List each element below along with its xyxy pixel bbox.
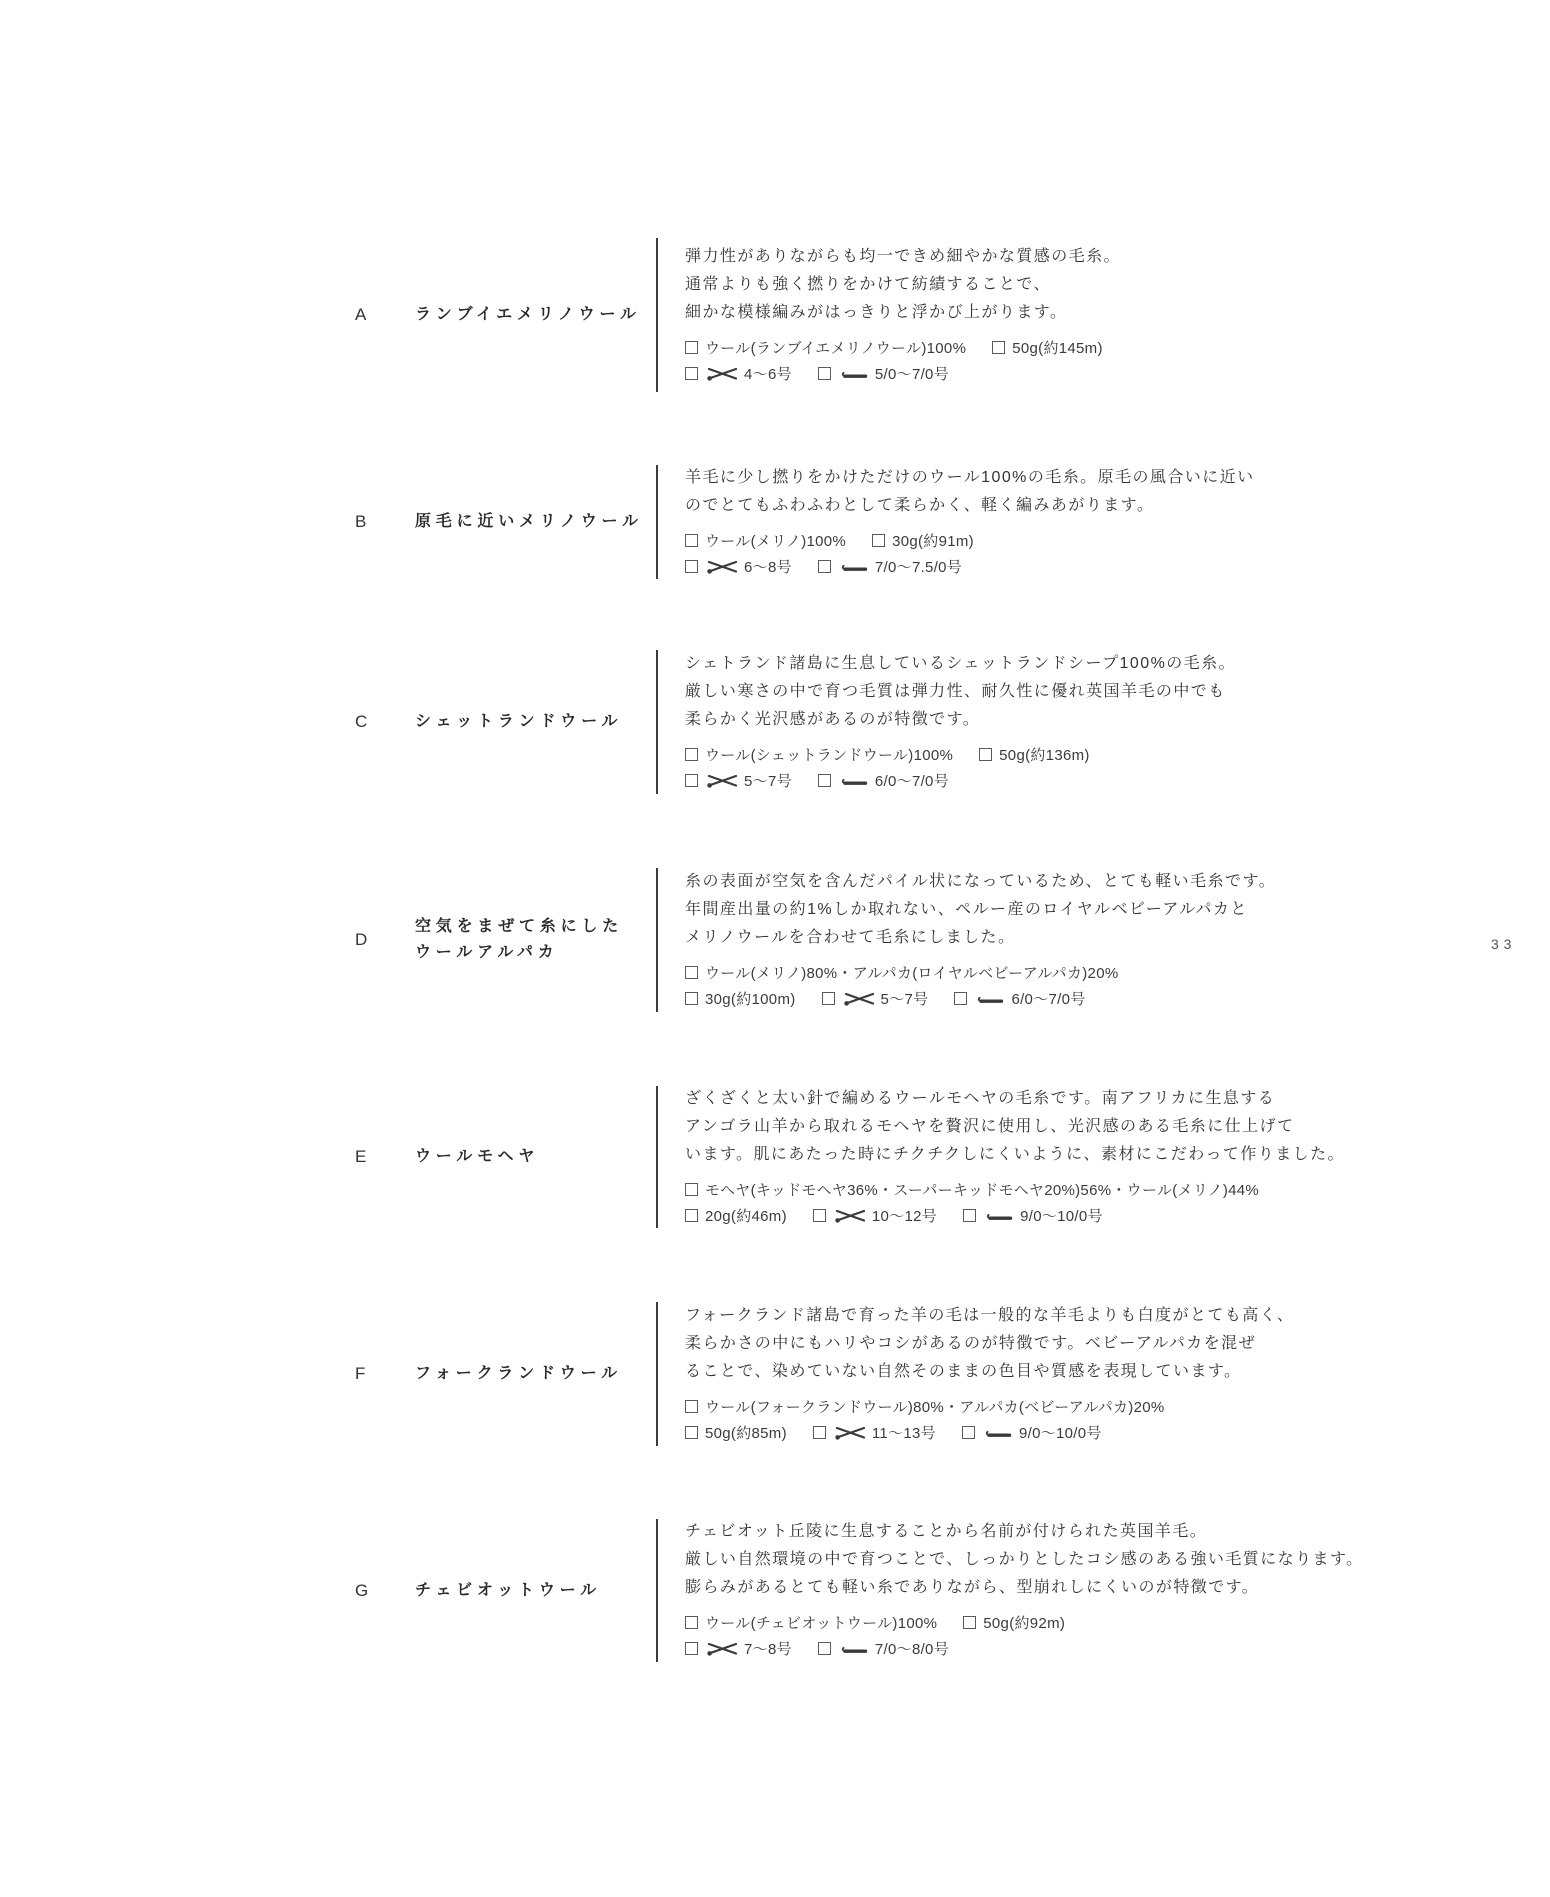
- description-line: メリノウールを合わせて毛糸にしました。: [685, 924, 1510, 952]
- spec-text: 7〜8号: [744, 1641, 792, 1658]
- description-line: 厳しい寒さの中で育つ毛質は弾力性、耐久性に優れ英国羊毛の中でも: [685, 678, 1510, 706]
- section-specs: ウール(フォークランドウール)80%・アルパカ(ベビーアルパカ)20%50g(約…: [685, 1395, 1510, 1447]
- section-description: 糸の表面が空気を含んだパイル状になっているため、とても軽い毛糸です。 年間産出量…: [685, 868, 1510, 952]
- section-label: A ランブイエメリノウール: [355, 238, 656, 392]
- spec-text: 50g(約145m): [1012, 340, 1103, 357]
- spec-text: 7/0〜8/0号: [875, 1641, 949, 1658]
- spec-text: ウール(メリノ)100%: [705, 533, 846, 550]
- spec-item: 4〜6号: [685, 366, 792, 383]
- crochet-hook-icon: [840, 562, 868, 574]
- section-label: D 空気をまぜて糸にした ウールアルパカ: [355, 868, 656, 1012]
- spec-row: ウール(メリノ)100%30g(約91m): [685, 529, 1510, 555]
- checkbox-icon: [979, 748, 992, 761]
- checkbox-icon: [685, 1642, 698, 1655]
- spec-text: 9/0〜10/0号: [1019, 1425, 1102, 1442]
- spec-text: ウール(シェットランドウール)100%: [705, 747, 953, 764]
- spec-item: 6〜8号: [685, 559, 792, 576]
- spec-item: 11〜13号: [813, 1425, 936, 1442]
- crochet-hook-icon: [985, 1211, 1013, 1223]
- spec-item: ウール(シェットランドウール)100%: [685, 747, 953, 764]
- description-line: 糸の表面が空気を含んだパイル状になっているため、とても軽い毛糸です。: [685, 868, 1510, 896]
- spec-item: 7/0〜8/0号: [818, 1641, 949, 1658]
- spec-text: 50g(約85m): [705, 1425, 787, 1442]
- spec-text: 30g(約100m): [705, 991, 796, 1008]
- yarn-section-d: D 空気をまぜて糸にした ウールアルパカ 糸の表面が空気を含んだパイル状になって…: [355, 868, 1510, 1012]
- spec-text: 50g(約136m): [999, 747, 1090, 764]
- description-line: 柔らかく光沢感があるのが特徴です。: [685, 706, 1510, 734]
- spec-row: ウール(チェビオットウール)100%50g(約92m): [685, 1611, 1510, 1637]
- spec-item: モヘヤ(キッドモヘヤ36%・スーパーキッドモヘヤ20%)56%・ウール(メリノ)…: [685, 1182, 1259, 1199]
- spec-item: 7〜8号: [685, 1641, 792, 1658]
- checkbox-icon: [818, 1642, 831, 1655]
- spec-item: 5〜7号: [822, 991, 929, 1008]
- section-content: ざくざくと太い針で編めるウールモヘヤの毛糸です。南アフリカに生息する アンゴラ山…: [658, 1086, 1510, 1228]
- spec-row: 4〜6号5/0〜7/0号: [685, 362, 1510, 388]
- description-line: アンゴラ山羊から取れるモヘヤを贅沢に使用し、光沢感のある毛糸に仕上げて: [685, 1113, 1510, 1141]
- section-content: フォークランド諸島で育った羊の毛は一般的な羊毛よりも白度がとても高く、 柔らかさ…: [658, 1302, 1510, 1446]
- spec-text: ウール(ランブイエメリノウール)100%: [705, 340, 966, 357]
- section-letter: A: [355, 305, 415, 325]
- section-specs: ウール(メリノ)100%30g(約91m)6〜8号7/0〜7.5/0号: [685, 529, 1510, 581]
- spec-row: 30g(約100m)5〜7号6/0〜7/0号: [685, 987, 1510, 1013]
- knitting-needles-icon: [707, 773, 737, 788]
- section-name-line: ウールアルパカ: [415, 940, 623, 966]
- section-label: B 原毛に近いメリノウール: [355, 465, 656, 579]
- crochet-hook-icon: [840, 369, 868, 381]
- spec-text: 6/0〜7/0号: [1011, 991, 1085, 1008]
- description-line: 年間産出量の約1%しか取れない、ペルー産のロイヤルベビーアルパカと: [685, 896, 1510, 924]
- description-line: います。肌にあたった時にチクチクしにくいように、素材にこだわって作りました。: [685, 1141, 1510, 1169]
- spec-item: 10〜12号: [813, 1208, 937, 1225]
- crochet-hook-icon: [984, 1428, 1012, 1440]
- section-letter: D: [355, 930, 415, 950]
- description-line: ざくざくと太い針で編めるウールモヘヤの毛糸です。南アフリカに生息する: [685, 1085, 1510, 1113]
- section-letter: G: [355, 1581, 415, 1601]
- spec-text: 9/0〜10/0号: [1020, 1208, 1103, 1225]
- section-description: フォークランド諸島で育った羊の毛は一般的な羊毛よりも白度がとても高く、 柔らかさ…: [685, 1302, 1510, 1386]
- section-specs: ウール(シェットランドウール)100%50g(約136m)5〜7号6/0〜7/0…: [685, 743, 1510, 795]
- section-content: 弾力性がありながらも均一できめ細やかな質感の毛糸。 通常よりも強く撚りをかけて紡…: [658, 238, 1510, 392]
- section-name-line: フォークランドウール: [415, 1361, 622, 1387]
- checkbox-icon: [685, 1183, 698, 1196]
- spec-text: 7/0〜7.5/0号: [875, 559, 962, 576]
- checkbox-icon: [813, 1426, 826, 1439]
- description-line: シェトランド諸島に生息しているシェットランドシープ100%の毛糸。: [685, 650, 1510, 678]
- spec-text: 6/0〜7/0号: [875, 773, 949, 790]
- spec-text: ウール(メリノ)80%・アルパカ(ロイヤルベビーアルパカ)20%: [705, 965, 1118, 982]
- section-label: F フォークランドウール: [355, 1302, 656, 1446]
- section-specs: ウール(チェビオットウール)100%50g(約92m)7〜8号7/0〜8/0号: [685, 1611, 1510, 1663]
- knitting-needles-icon: [707, 559, 737, 574]
- section-name: ウールモヘヤ: [415, 1144, 539, 1170]
- spec-item: 6/0〜7/0号: [818, 773, 949, 790]
- spec-text: 5/0〜7/0号: [875, 366, 949, 383]
- checkbox-icon: [685, 341, 698, 354]
- checkbox-icon: [685, 774, 698, 787]
- section-description: 羊毛に少し撚りをかけただけのウール100%の毛糸。原毛の風合いに近い のでとても…: [685, 464, 1510, 520]
- checkbox-icon: [872, 534, 885, 547]
- checkbox-icon: [963, 1616, 976, 1629]
- section-letter: F: [355, 1364, 415, 1384]
- section-label: C シェットランドウール: [355, 650, 656, 794]
- crochet-hook-icon: [976, 994, 1004, 1006]
- knitting-needles-icon: [835, 1208, 865, 1223]
- spec-text: 11〜13号: [872, 1425, 936, 1442]
- description-line: 弾力性がありながらも均一できめ細やかな質感の毛糸。: [685, 243, 1510, 271]
- section-name-line: ウールモヘヤ: [415, 1144, 539, 1170]
- spec-text: 6〜8号: [744, 559, 792, 576]
- checkbox-icon: [962, 1426, 975, 1439]
- spec-row: 20g(約46m)10〜12号9/0〜10/0号: [685, 1204, 1510, 1230]
- yarn-section-b: B 原毛に近いメリノウール 羊毛に少し撚りをかけただけのウール100%の毛糸。原…: [355, 465, 1510, 579]
- description-line: 細かな模様編みがはっきりと浮かび上がります。: [685, 299, 1510, 327]
- section-name-line: チェビオットウール: [415, 1578, 601, 1604]
- spec-item: 7/0〜7.5/0号: [818, 559, 962, 576]
- section-name-line: シェットランドウール: [415, 709, 622, 735]
- checkbox-icon: [685, 367, 698, 380]
- section-name: チェビオットウール: [415, 1578, 601, 1604]
- spec-item: 20g(約46m): [685, 1208, 787, 1225]
- checkbox-icon: [813, 1209, 826, 1222]
- section-specs: モヘヤ(キッドモヘヤ36%・スーパーキッドモヘヤ20%)56%・ウール(メリノ)…: [685, 1178, 1510, 1230]
- spec-row: モヘヤ(キッドモヘヤ36%・スーパーキッドモヘヤ20%)56%・ウール(メリノ)…: [685, 1178, 1510, 1204]
- section-letter: E: [355, 1147, 415, 1167]
- checkbox-icon: [818, 367, 831, 380]
- yarn-section-g: G チェビオットウール チェビオット丘陵に生息することから名前が付けられた英国羊…: [355, 1519, 1510, 1662]
- section-specs: ウール(メリノ)80%・アルパカ(ロイヤルベビーアルパカ)20%30g(約100…: [685, 961, 1510, 1013]
- spec-row: 7〜8号7/0〜8/0号: [685, 1637, 1510, 1663]
- spec-item: ウール(チェビオットウール)100%: [685, 1615, 937, 1632]
- spec-text: 50g(約92m): [983, 1615, 1065, 1632]
- spec-item: 9/0〜10/0号: [963, 1208, 1103, 1225]
- spec-row: ウール(シェットランドウール)100%50g(約136m): [685, 743, 1510, 769]
- knitting-needles-icon: [844, 991, 874, 1006]
- checkbox-icon: [992, 341, 1005, 354]
- crochet-hook-icon: [840, 1644, 868, 1656]
- section-name: ランブイエメリノウール: [415, 302, 641, 328]
- spec-row: 6〜8号7/0〜7.5/0号: [685, 555, 1510, 581]
- spec-row: 50g(約85m)11〜13号9/0〜10/0号: [685, 1421, 1510, 1447]
- checkbox-icon: [685, 748, 698, 761]
- spec-item: 50g(約136m): [979, 747, 1090, 764]
- description-line: 柔らかさの中にもハリやコシがあるのが特徴です。ベビーアルパカを混ぜ: [685, 1330, 1510, 1358]
- knitting-needles-icon: [835, 1425, 865, 1440]
- spec-text: ウール(チェビオットウール)100%: [705, 1615, 937, 1632]
- section-name: 空気をまぜて糸にした ウールアルパカ: [415, 914, 623, 966]
- spec-text: 5〜7号: [744, 773, 792, 790]
- section-name: フォークランドウール: [415, 1361, 622, 1387]
- spec-item: 50g(約85m): [685, 1425, 787, 1442]
- catalog-page: A ランブイエメリノウール 弾力性がありながらも均一できめ細やかな質感の毛糸。 …: [0, 0, 1550, 1897]
- spec-item: 5〜7号: [685, 773, 792, 790]
- description-line: のでとてもふわふわとして柔らかく、軽く編みあがります。: [685, 492, 1510, 520]
- spec-item: 30g(約100m): [685, 991, 796, 1008]
- spec-item: 50g(約145m): [992, 340, 1103, 357]
- description-line: ることで、染めていない自然そのままの色目や質感を表現しています。: [685, 1358, 1510, 1386]
- spec-item: ウール(メリノ)80%・アルパカ(ロイヤルベビーアルパカ)20%: [685, 965, 1118, 982]
- checkbox-icon: [685, 1616, 698, 1629]
- page-number: 33: [1491, 936, 1516, 952]
- section-description: チェビオット丘陵に生息することから名前が付けられた英国羊毛。 厳しい自然環境の中…: [685, 1518, 1510, 1602]
- section-name: 原毛に近いメリノウール: [415, 509, 643, 535]
- section-description: ざくざくと太い針で編めるウールモヘヤの毛糸です。南アフリカに生息する アンゴラ山…: [685, 1085, 1510, 1169]
- section-letter: C: [355, 712, 415, 732]
- spec-text: 5〜7号: [881, 991, 929, 1008]
- section-label: G チェビオットウール: [355, 1519, 656, 1662]
- checkbox-icon: [822, 992, 835, 1005]
- spec-item: ウール(メリノ)100%: [685, 533, 846, 550]
- section-letter: B: [355, 512, 415, 532]
- section-name-line: 空気をまぜて糸にした: [415, 914, 623, 940]
- description-line: 羊毛に少し撚りをかけただけのウール100%の毛糸。原毛の風合いに近い: [685, 464, 1510, 492]
- yarn-section-c: C シェットランドウール シェトランド諸島に生息しているシェットランドシープ10…: [355, 650, 1510, 794]
- checkbox-icon: [685, 1400, 698, 1413]
- checkbox-icon: [685, 992, 698, 1005]
- spec-text: ウール(フォークランドウール)80%・アルパカ(ベビーアルパカ)20%: [705, 1399, 1165, 1416]
- spec-text: 4〜6号: [744, 366, 792, 383]
- checkbox-icon: [685, 966, 698, 979]
- description-line: 通常よりも強く撚りをかけて紡績することで、: [685, 271, 1510, 299]
- knitting-needles-icon: [707, 366, 737, 381]
- spec-row: ウール(ランブイエメリノウール)100%50g(約145m): [685, 336, 1510, 362]
- crochet-hook-icon: [840, 776, 868, 788]
- spec-text: 20g(約46m): [705, 1208, 787, 1225]
- checkbox-icon: [963, 1209, 976, 1222]
- section-content: シェトランド諸島に生息しているシェットランドシープ100%の毛糸。 厳しい寒さの…: [658, 650, 1510, 794]
- spec-item: 5/0〜7/0号: [818, 366, 949, 383]
- spec-item: ウール(ランブイエメリノウール)100%: [685, 340, 966, 357]
- section-name: シェットランドウール: [415, 709, 622, 735]
- section-description: シェトランド諸島に生息しているシェットランドシープ100%の毛糸。 厳しい寒さの…: [685, 650, 1510, 734]
- yarn-section-f: F フォークランドウール フォークランド諸島で育った羊の毛は一般的な羊毛よりも白…: [355, 1302, 1510, 1446]
- section-content: チェビオット丘陵に生息することから名前が付けられた英国羊毛。 厳しい自然環境の中…: [658, 1519, 1510, 1662]
- checkbox-icon: [818, 774, 831, 787]
- checkbox-icon: [685, 1209, 698, 1222]
- spec-item: ウール(フォークランドウール)80%・アルパカ(ベビーアルパカ)20%: [685, 1399, 1165, 1416]
- yarn-section-e: E ウールモヘヤ ざくざくと太い針で編めるウールモヘヤの毛糸です。南アフリカに生…: [355, 1086, 1510, 1228]
- description-line: 膨らみがあるとても軽い糸でありながら、型崩れしにくいのが特徴です。: [685, 1574, 1510, 1602]
- spec-item: 50g(約92m): [963, 1615, 1065, 1632]
- section-content: 羊毛に少し撚りをかけただけのウール100%の毛糸。原毛の風合いに近い のでとても…: [658, 465, 1510, 579]
- description-line: チェビオット丘陵に生息することから名前が付けられた英国羊毛。: [685, 1518, 1510, 1546]
- spec-text: 10〜12号: [872, 1208, 937, 1225]
- spec-text: モヘヤ(キッドモヘヤ36%・スーパーキッドモヘヤ20%)56%・ウール(メリノ)…: [705, 1182, 1259, 1199]
- checkbox-icon: [818, 560, 831, 573]
- section-name-line: 原毛に近いメリノウール: [415, 509, 643, 535]
- description-line: フォークランド諸島で育った羊の毛は一般的な羊毛よりも白度がとても高く、: [685, 1302, 1510, 1330]
- section-description: 弾力性がありながらも均一できめ細やかな質感の毛糸。 通常よりも強く撚りをかけて紡…: [685, 243, 1510, 327]
- section-name-line: ランブイエメリノウール: [415, 302, 641, 328]
- spec-item: 30g(約91m): [872, 533, 974, 550]
- section-specs: ウール(ランブイエメリノウール)100%50g(約145m)4〜6号5/0〜7/…: [685, 336, 1510, 388]
- spec-row: ウール(メリノ)80%・アルパカ(ロイヤルベビーアルパカ)20%: [685, 961, 1510, 987]
- spec-item: 9/0〜10/0号: [962, 1425, 1102, 1442]
- description-line: 厳しい自然環境の中で育つことで、しっかりとしたコシ感のある強い毛質になります。: [685, 1546, 1510, 1574]
- checkbox-icon: [685, 560, 698, 573]
- spec-item: 6/0〜7/0号: [954, 991, 1085, 1008]
- knitting-needles-icon: [707, 1641, 737, 1656]
- spec-row: ウール(フォークランドウール)80%・アルパカ(ベビーアルパカ)20%: [685, 1395, 1510, 1421]
- spec-row: 5〜7号6/0〜7/0号: [685, 769, 1510, 795]
- yarn-section-a: A ランブイエメリノウール 弾力性がありながらも均一できめ細やかな質感の毛糸。 …: [355, 238, 1510, 392]
- checkbox-icon: [685, 534, 698, 547]
- section-label: E ウールモヘヤ: [355, 1086, 656, 1228]
- spec-text: 30g(約91m): [892, 533, 974, 550]
- checkbox-icon: [685, 1426, 698, 1439]
- section-content: 糸の表面が空気を含んだパイル状になっているため、とても軽い毛糸です。 年間産出量…: [658, 868, 1510, 1012]
- checkbox-icon: [954, 992, 967, 1005]
